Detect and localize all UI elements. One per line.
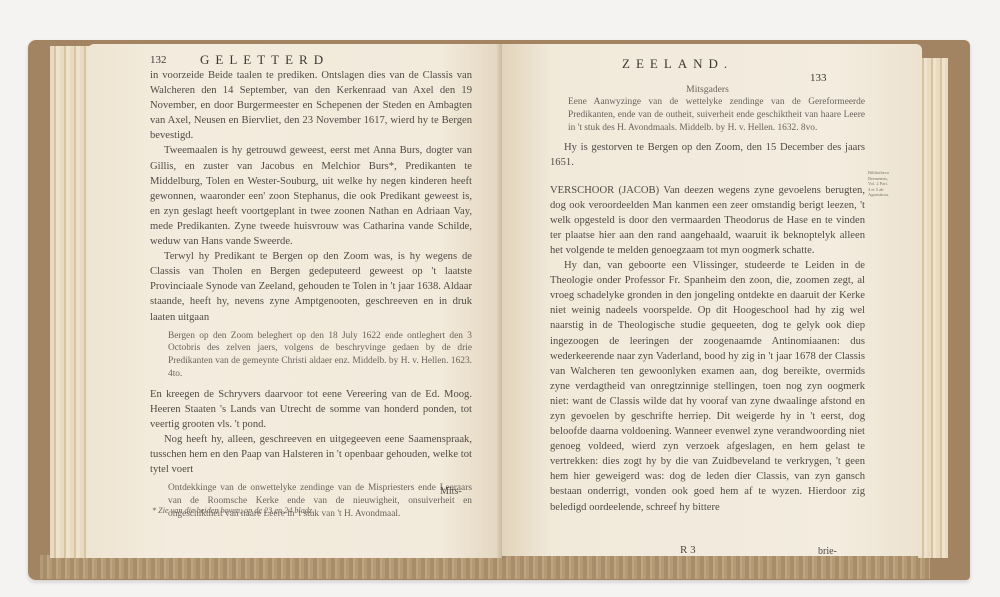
left-page-number: 132 [150, 54, 167, 66]
right-page-body: Mitsgaders Eene Aanwyzinge van de wettel… [550, 84, 865, 515]
left-running-head: GELETTERD [200, 52, 329, 68]
right-running-head: ZEELAND. [622, 56, 733, 72]
paragraph: En kreegen de Schryvers daarvoor tot een… [150, 387, 472, 432]
catchword: Mits- [440, 486, 462, 497]
paragraph: in voorzeide Beide taalen te prediken. O… [150, 68, 472, 143]
death-note: Hy is gestorven te Bergen op den Zoom, d… [550, 140, 865, 170]
left-page: 132 GELETTERD in voorzeide Beide taalen … [88, 44, 502, 558]
footnote: * Zie van die beiden boven, op de 23 en … [152, 506, 314, 515]
quoted-title: Bergen op den Zoom beleghert op den 18 J… [150, 330, 472, 381]
margin-note: Bibliotheca Bremensis, Vol. 2 Part. 4 et… [868, 170, 890, 198]
right-page-number: 133 [810, 72, 827, 84]
signature-mark: R 3 [680, 544, 696, 556]
quote-heading: Mitsgaders [550, 84, 865, 96]
speckled-page-edge [40, 555, 930, 579]
left-page-body: in voorzeide Beide taalen te prediken. O… [150, 68, 472, 527]
paragraph: Terwyl hy Predikant te Bergen op den Zoo… [150, 249, 472, 324]
entry-paragraph: Hy dan, van geboorte een Vlissinger, stu… [550, 258, 865, 515]
right-page-stack [918, 58, 948, 558]
entry-paragraph: VERSCHOOR (JACOB) Van deezen wegens zyne… [550, 183, 865, 258]
quoted-title: Eene Aanwyzinge van de wettelyke zending… [550, 96, 865, 134]
paragraph: Nog heeft hy, alleen, geschreeven en uit… [150, 432, 472, 477]
right-page: ZEELAND. 133 Mitsgaders Eene Aanwyzinge … [502, 44, 922, 556]
catchword: brie- [818, 546, 837, 557]
paragraph: Tweemaalen is hy getrouwd geweest, eerst… [150, 143, 472, 249]
entry-name: VERSCHOOR (JACOB) [550, 185, 659, 196]
